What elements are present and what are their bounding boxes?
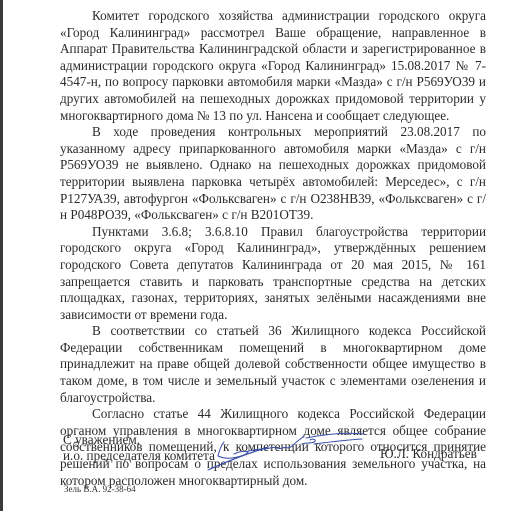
letter-body: Комитет городского хозяйства администрац… [60, 8, 486, 489]
signature-icon [206, 430, 366, 472]
closing-greeting: С уважением, [63, 432, 215, 448]
scan-border [0, 0, 3, 511]
closing-title: и.о. председателя комитета [63, 448, 215, 464]
signer-name: Ю.Л. Кондратьев [380, 446, 477, 462]
executor-contact: Зель В.А. 92-38-64 [64, 484, 136, 494]
paragraph-intro: Комитет городского хозяйства администрац… [60, 8, 486, 124]
paragraph-rules: Пунктами 3.6.8; 3.6.8.10 Правил благоуст… [60, 224, 486, 324]
closing-block: С уважением, и.о. председателя комитета [63, 432, 215, 463]
paragraph-inspection: В ходе проведения контрольных мероприяти… [60, 124, 486, 224]
paragraph-article-36: В соответствии со статьей 36 Жилищного к… [60, 323, 486, 406]
